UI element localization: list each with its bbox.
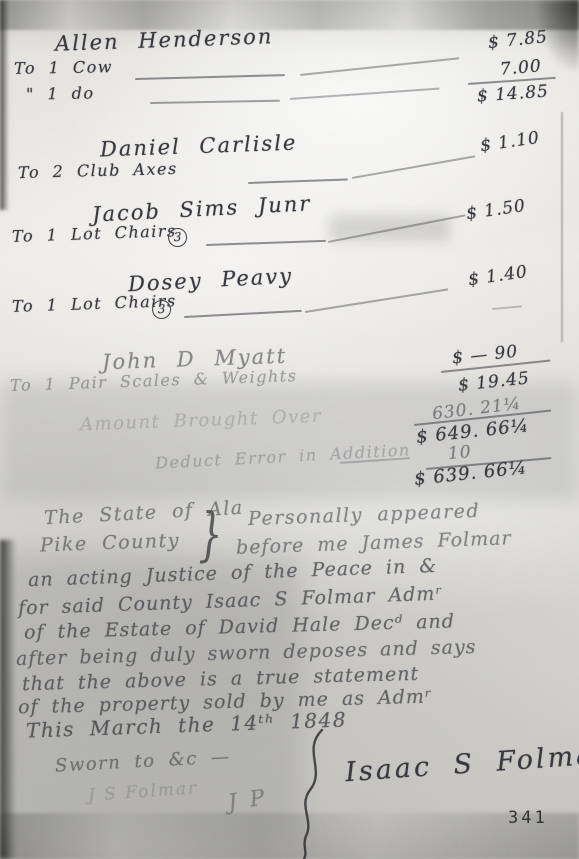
jp-mark: J P [226, 785, 269, 815]
fold-line [561, 112, 563, 342]
amount: 10 [447, 442, 472, 464]
ink-stroke [184, 310, 302, 318]
ink-stroke [248, 179, 348, 184]
scan-noise-top [0, 0, 579, 30]
summary-label: Deduct Error in Addition [155, 440, 411, 472]
ink-stroke [352, 155, 475, 179]
ink-stroke [492, 305, 522, 310]
scan-noise-bottom [0, 813, 579, 859]
sworn-label: Sworn to &c — [55, 746, 231, 776]
item-line: To 1 Pair Scales & Weights [10, 366, 298, 395]
amount: 7.00 [499, 56, 542, 80]
entry-amount: $ 1.40 [467, 262, 529, 290]
item-line: " 1 do [26, 83, 95, 103]
signature: Isaac S Folmar [344, 739, 579, 788]
ink-stroke [150, 100, 280, 104]
circled-count: 3 [152, 296, 172, 320]
circled-count: 3 [168, 224, 188, 248]
ink-stroke [135, 74, 285, 80]
affidavit-line: before me James Folmar [236, 527, 512, 559]
amount: $ 14.85 [476, 82, 549, 107]
document-page: Allen Henderson $ 7.85 To 1 Cow 7.00 " 1… [0, 0, 579, 859]
entry-name: Allen Henderson [55, 24, 274, 56]
item-line: To 1 Lot Chairs [12, 221, 177, 246]
page-number: 341 [508, 808, 548, 828]
summary-label: Amount Brought Over [80, 406, 323, 435]
brace: } [198, 500, 222, 568]
affidavit-line: Personally appeared [248, 500, 481, 530]
amount: $ 19.45 [457, 368, 531, 395]
entry-name: Daniel Carlisle [100, 131, 298, 162]
scan-edge-left-upper [0, 0, 9, 210]
entry-amount: $ 7.85 [487, 27, 549, 53]
ink-stroke [300, 57, 459, 76]
item-line: To 1 Cow [14, 57, 113, 78]
ink-stroke [206, 240, 326, 246]
ink-stroke [290, 88, 440, 100]
ink-stroke [305, 288, 449, 313]
item-line: To 2 Club Axes [18, 159, 178, 182]
signature-brace [292, 728, 332, 859]
faint-jp-name: J S Folmar [87, 778, 198, 806]
entry-name: Jacob Sims Junr [92, 191, 312, 226]
ink-stroke [328, 214, 466, 243]
affidavit-line: Pike County [40, 530, 181, 557]
entry-amount: $ 1.10 [479, 128, 541, 156]
scan-edge-left-lower [0, 540, 16, 859]
entry-amount: $ 1.50 [465, 196, 527, 224]
amount: $ 639. 66¼ [413, 457, 528, 490]
